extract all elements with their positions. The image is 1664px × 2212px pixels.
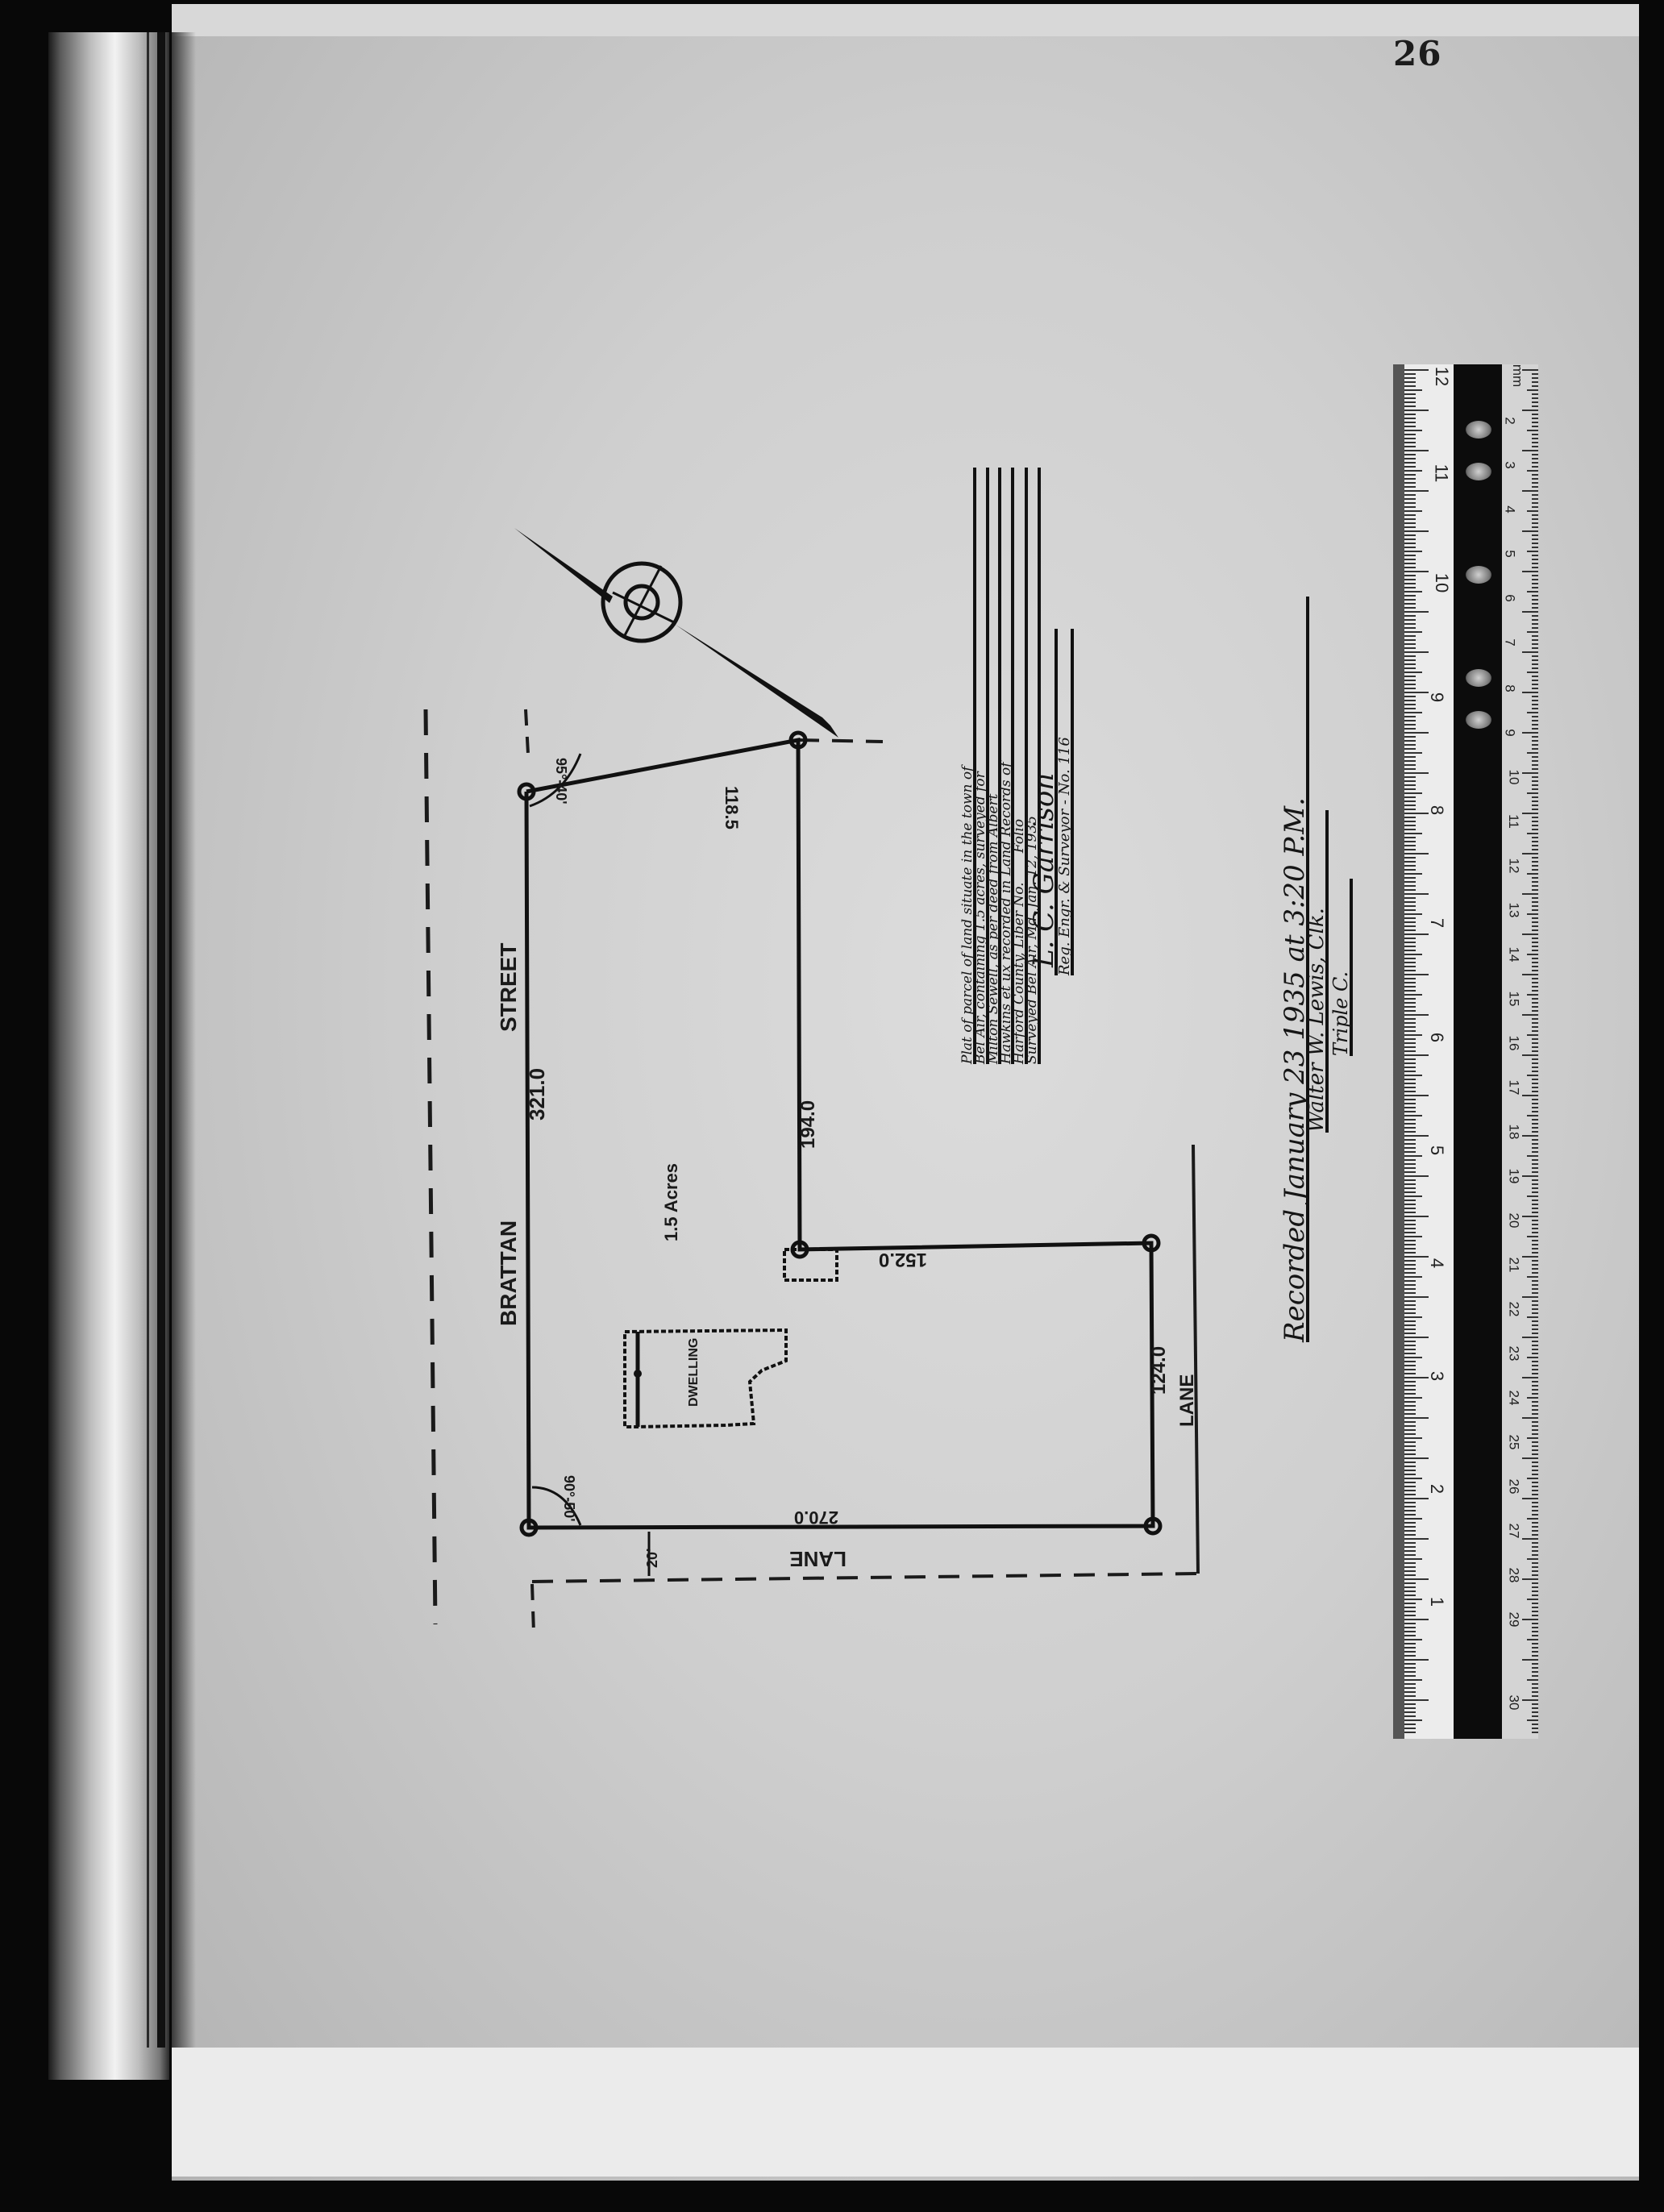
ruler-tick [1522,1296,1538,1298]
ruler-tick [1404,1337,1429,1338]
ruler-tick [1532,1486,1538,1487]
ruler-tick [1404,764,1416,766]
ruler-tick [1404,438,1416,439]
cm-label: 5 [1502,550,1518,557]
ruler-tick [1404,543,1416,544]
ruler-tick [1532,543,1538,544]
ruler-tick [1404,1050,1416,1052]
ruler-tick [1404,724,1416,726]
ruler-tick [1532,393,1538,395]
ruler-tick [1404,563,1416,564]
ruler-tick [1404,700,1416,701]
ruler-tick [1404,752,1422,754]
ruler-tick [1532,478,1538,480]
ruler-tick [1522,692,1538,693]
ruler-tick [1532,522,1538,524]
ruler-tick [1404,1635,1416,1636]
angle-top-label: 95°-40' [553,758,569,805]
ruler-tick [1522,651,1538,653]
ruler-tick [1404,1175,1429,1177]
ruler-tick [1532,986,1538,987]
lane-side-line [1193,1145,1198,1574]
ruler-tick [1404,1018,1416,1020]
ruler-tick [1404,611,1429,613]
ruler-tick [1404,373,1416,375]
ruler-tick [1522,1337,1538,1338]
ruler-tick [1532,1590,1538,1592]
ruler-tick [1527,954,1538,955]
ruler-tick [1404,414,1416,415]
ruler-tick [1404,1099,1416,1100]
ruler-tick [1532,1268,1538,1270]
ruler-tick [1404,583,1416,584]
ruler-tick [1532,1675,1538,1677]
ruler-tick [1404,385,1416,387]
ruler-tick [1404,1482,1416,1483]
ruler-tick [1404,663,1416,665]
ruler-tick [1532,1066,1538,1068]
ruler-tick [1532,1324,1538,1326]
ruler-tick [1404,1296,1429,1298]
ruler-tick [1404,1083,1416,1084]
ruler-tick [1404,1437,1422,1439]
ruler-tick [1532,1099,1538,1100]
ruler-tick [1532,1732,1538,1733]
ruler-tick [1404,1570,1416,1572]
ruler-tick [1404,1461,1416,1463]
ruler-tick [1532,760,1538,762]
ruler-tick [1404,1147,1416,1149]
ruler-tick [1532,1647,1538,1649]
cm-label: 3 [1502,461,1518,468]
ruler-tick [1404,1066,1416,1068]
inch-label: 10 [1431,573,1452,592]
ruler-tick [1404,869,1416,871]
dim-lane-end: 124.0 [1148,1346,1170,1395]
ruler-tick [1522,1578,1538,1580]
ruler-tick [1404,458,1416,459]
ruler-tick [1404,889,1416,891]
ruler-tick [1404,1651,1416,1653]
ruler-tick [1532,426,1538,427]
ruler-tick [1527,1195,1538,1197]
ruler-tick [1532,728,1538,730]
ruler-tick [1404,498,1416,500]
ruler-tick [1532,627,1538,629]
ruler-tick [1404,788,1416,790]
ruler-tick [1532,885,1538,887]
ruler-tick [1522,1256,1538,1258]
ruler-tick [1532,962,1538,963]
ruler-tick [1527,873,1538,875]
ruler-tick [1404,1087,1416,1088]
surveyor-certificate: Plat of parcel of land situate in the to… [959,468,1073,1065]
ruler-tick [1532,603,1538,605]
ruler-tick [1404,853,1429,854]
ruler-tick [1404,1457,1429,1459]
ruler-tick [1532,381,1538,383]
ruler-tick [1404,603,1416,605]
ruler-tick [1404,1095,1429,1096]
cm-label: 7 [1502,638,1518,646]
ruler-tick [1404,966,1416,967]
ruler-tick [1527,631,1538,633]
ruler-tick [1404,1010,1416,1012]
ruler-tick [1404,1179,1416,1181]
ruler-tick [1404,434,1416,435]
ruler-tick [1532,829,1538,830]
ruler-tick [1404,716,1416,717]
ruler-tick [1532,1707,1538,1709]
ruler-tick [1532,1079,1538,1080]
inch-label: 1 [1426,1597,1447,1607]
ruler-tick [1404,671,1422,673]
ruler-tick [1522,1216,1538,1217]
surveyor-signature: L. C. Garrison [1028,773,1060,968]
ruler-tick [1404,1445,1416,1447]
recording-note: Recorded January 23 1935 at 3:20 P.M. Wa… [1279,597,1352,1343]
inch-label: 4 [1426,1258,1447,1268]
ruler-tick [1532,1502,1538,1503]
ruler-tick [1404,1228,1416,1229]
ruler-tick [1404,1498,1429,1499]
cm-label: 20 [1505,1213,1521,1229]
inch-label: 3 [1426,1371,1447,1381]
ruler-tick [1532,583,1538,584]
ruler-tick [1532,575,1538,576]
ruler-tick [1404,389,1422,391]
ruler-tick [1404,1687,1416,1689]
ruler-tick [1532,1526,1538,1528]
ruler-tick [1404,1518,1422,1520]
ruler-tick [1532,462,1538,464]
ruler-tick [1532,1333,1538,1334]
ruler-tick [1532,1183,1538,1185]
ruler-tick [1522,853,1538,854]
north-arrow-icon [514,528,838,738]
ruler-tick [1532,534,1538,536]
ruler-tick [1532,740,1538,742]
ruler-tick [1404,1167,1416,1169]
ruler-tick [1532,978,1538,979]
ruler-tick [1532,788,1538,790]
ruler-tick [1404,1663,1416,1665]
ruler-tick [1404,639,1416,641]
ruler-tick [1404,1324,1416,1326]
dwelling-label: DWELLING [687,1338,701,1407]
surveyor-title: Reg. Engr. & Surveyor - No. 116 [1056,737,1073,976]
ruler-tick [1532,1300,1538,1302]
ruler-tick [1532,1453,1538,1455]
ruler-tick [1404,1647,1416,1649]
ruler-tick [1532,1425,1538,1427]
ruler-tick [1532,547,1538,548]
ruler-tick [1522,1135,1538,1137]
clerk-signature: Walter W. Lewis, Clk. [1304,908,1329,1133]
ruler-tick [1404,901,1416,903]
ruler-tick [1527,1599,1538,1600]
ruler-tick [1404,1123,1416,1125]
ruler-tick [1532,1603,1538,1604]
ruler-tick [1532,780,1538,782]
ruler-tick [1404,861,1416,863]
ruler-tick [1532,579,1538,580]
ruler-tick [1404,825,1416,826]
ruler-tick [1404,462,1416,464]
ruler-tick [1404,994,1422,996]
ruler-tick [1404,805,1416,806]
ruler-tick [1532,865,1538,867]
ruler-tick [1404,1502,1416,1503]
ruler-tick [1532,1413,1538,1415]
ruler-tick [1527,1639,1538,1640]
ruler-tick [1527,1437,1538,1439]
ruler-tick [1532,1429,1538,1431]
ruler-tick [1404,1002,1416,1004]
ruler-tick [1404,1308,1416,1310]
ruler-tick [1404,1333,1416,1334]
ruler-tick [1532,688,1538,689]
ruler-tick [1404,1639,1422,1640]
lane-label-right: LANE [1176,1374,1198,1427]
ruler-tick [1532,1615,1538,1616]
ruler-tick [1532,1546,1538,1548]
ruler-tick [1404,688,1416,689]
ruler-tick [1522,490,1538,492]
ruler-tick [1532,1554,1538,1556]
ruler-tick [1532,704,1538,705]
ruler-tick [1404,571,1429,572]
ruler-tick [1404,1143,1416,1145]
dim-street-frontage: 321.0 [525,1068,549,1121]
ruler-tick [1404,1034,1422,1036]
ruler-tick [1404,933,1429,935]
cm-label: 2 [1502,417,1518,424]
ruler-tick [1522,974,1538,975]
ruler-tick [1404,744,1416,746]
ruler-tick [1404,381,1416,383]
ruler-tick [1404,401,1416,403]
ruler-tick [1532,514,1538,516]
ruler-tick [1404,659,1416,661]
ruler-tick [1532,998,1538,1000]
ruler-tick [1404,784,1416,786]
ruler-tick [1404,482,1416,484]
ruler-tick [1532,744,1538,746]
ruler-tick [1404,1252,1416,1254]
ruler-tick [1527,470,1538,472]
ruler-tick [1532,567,1538,568]
ruler-tick [1404,1643,1416,1644]
ruler-tick [1404,1699,1429,1701]
ruler-tick [1404,1361,1416,1362]
ruler-tick [1404,1667,1416,1669]
ruler-tick [1404,643,1416,645]
ruler-tick [1404,1393,1416,1395]
ruler-tick [1532,1482,1538,1483]
ruler-tick [1404,809,1416,810]
ruler-tick [1404,1550,1416,1552]
ruler-tick [1404,1054,1429,1056]
ruler-tick [1404,938,1416,939]
ruler-tick [1404,732,1429,734]
ruler-tick [1404,1075,1422,1076]
cm-label: 16 [1505,1036,1521,1051]
ruler-tick [1532,1062,1538,1064]
ruler-tick [1532,1562,1538,1564]
ruler-tick [1532,1151,1538,1153]
ruler-tick [1532,506,1538,508]
ruler-tick [1404,736,1416,738]
ruler-tick [1532,1204,1538,1205]
ruler-tick [1404,946,1416,947]
ruler-tick [1404,1627,1416,1628]
ruler-tick [1404,1631,1416,1632]
ruler-tick [1404,1115,1422,1116]
ruler-tick [1404,1510,1416,1511]
ruler-tick [1404,720,1416,721]
ruler-tick [1404,958,1416,959]
ruler-tick [1404,897,1416,899]
ruler-tick [1532,647,1538,649]
ruler-tick [1404,1212,1416,1213]
ruler-tick [1404,1486,1416,1487]
ruler-tick [1404,1264,1416,1266]
ruler-tick [1532,1292,1538,1294]
ruler-tick [1404,990,1416,992]
ruler-tick [1404,587,1416,588]
ruler-tick [1532,942,1538,943]
ruler-tick [1532,1373,1538,1374]
ruler-tick [1404,486,1416,488]
ruler-tick [1404,837,1416,838]
ruler-tick [1404,1304,1416,1306]
ruler-tick [1532,841,1538,842]
ruler-tick [1404,559,1416,560]
ruler-hole [1466,711,1491,729]
ruler-tick [1532,1570,1538,1572]
ruler-tick [1532,1228,1538,1229]
ruler-tick [1532,1103,1538,1104]
ruler-tick [1532,1393,1538,1395]
ruler-tick [1404,1345,1416,1346]
ruler-hole [1466,463,1491,480]
ruler-tick [1532,1385,1538,1387]
ruler-tick [1532,958,1538,959]
ruler-tick [1404,1353,1416,1354]
ruler-tick [1404,397,1416,399]
ruler-tick [1404,579,1416,580]
ruler-tick [1532,889,1538,891]
ruler-tick [1404,1232,1416,1233]
ruler-tick [1532,1260,1538,1262]
ruler-tick [1404,1163,1416,1165]
cm-label: 6 [1502,594,1518,601]
ruler-tick [1532,1312,1538,1314]
cm-label: 15 [1505,992,1521,1007]
ruler-tick [1404,1127,1416,1129]
ruler-tick [1522,611,1538,613]
ruler-tick [1532,1607,1538,1608]
ruler-tick [1532,1667,1538,1669]
ruler-tick [1532,768,1538,770]
ruler-tick [1532,639,1538,641]
ruler-tick [1404,756,1416,758]
ruler-tick [1404,1433,1416,1435]
ruler-tick [1532,1107,1538,1108]
ruler-tick [1404,1155,1422,1157]
dim-north-side: 118.5 [722,786,742,829]
cm-label: 19 [1505,1169,1521,1184]
dim-lane-frontage: 270.0 [794,1507,838,1528]
ruler-tick [1404,1058,1416,1060]
ruler-tick [1532,1695,1538,1697]
ruler-tick [1532,655,1538,657]
ruler-tick [1404,1562,1416,1564]
ruler-tick [1404,1474,1416,1475]
ruler-tick [1532,623,1538,625]
ruler-tick [1404,623,1416,625]
ruler-tick [1532,518,1538,520]
ruler-tick [1404,1135,1429,1137]
ruler-tick [1527,1236,1538,1237]
ruler-tick [1532,708,1538,709]
ruler-tick [1532,1611,1538,1612]
ruler-tick [1532,724,1538,726]
ruler-tick [1532,849,1538,850]
ruler-tick [1404,1216,1429,1217]
ruler-tick [1404,1397,1422,1399]
ruler-tick [1532,1409,1538,1411]
angle-bottom-label: 90°-50' [561,1475,577,1522]
ruler-tick [1532,643,1538,645]
ruler-tick [1532,1038,1538,1040]
ruler-tick [1532,1208,1538,1209]
ruler-tick [1532,397,1538,399]
ruler-tick [1532,1635,1538,1636]
ruler-tick [1532,1058,1538,1060]
inch-label: 7 [1426,918,1447,928]
ruler-tick [1404,740,1416,742]
ruler-tick [1527,1558,1538,1560]
ruler-tick [1532,825,1538,826]
cm-label: 30 [1505,1695,1521,1711]
ruler-tick [1532,1445,1538,1447]
ruler-tick [1404,712,1422,713]
ruler-tick [1532,1381,1538,1382]
cm-label: 17 [1505,1080,1521,1096]
ruler-tick [1532,446,1538,447]
ruler-tick [1532,607,1538,609]
ruler-tick [1404,921,1416,923]
ruler-tick [1532,1248,1538,1249]
ruler-tick [1532,1389,1538,1391]
ruler-tick [1404,1103,1416,1104]
ruler-tick [1532,1369,1538,1370]
ruler-tick [1532,1127,1538,1129]
ruler-tick [1532,1728,1538,1729]
ruler-tick [1532,881,1538,883]
ruler-tick [1522,1014,1538,1016]
ruler-tick [1532,809,1538,810]
ruler-tick [1527,792,1538,794]
ruler-tick [1404,1062,1416,1064]
inch-label: 5 [1426,1145,1447,1155]
ruler-tick [1532,401,1538,403]
ruler-tick [1532,1582,1538,1584]
ruler-tick [1532,736,1538,738]
ruler-tick [1404,1607,1416,1608]
